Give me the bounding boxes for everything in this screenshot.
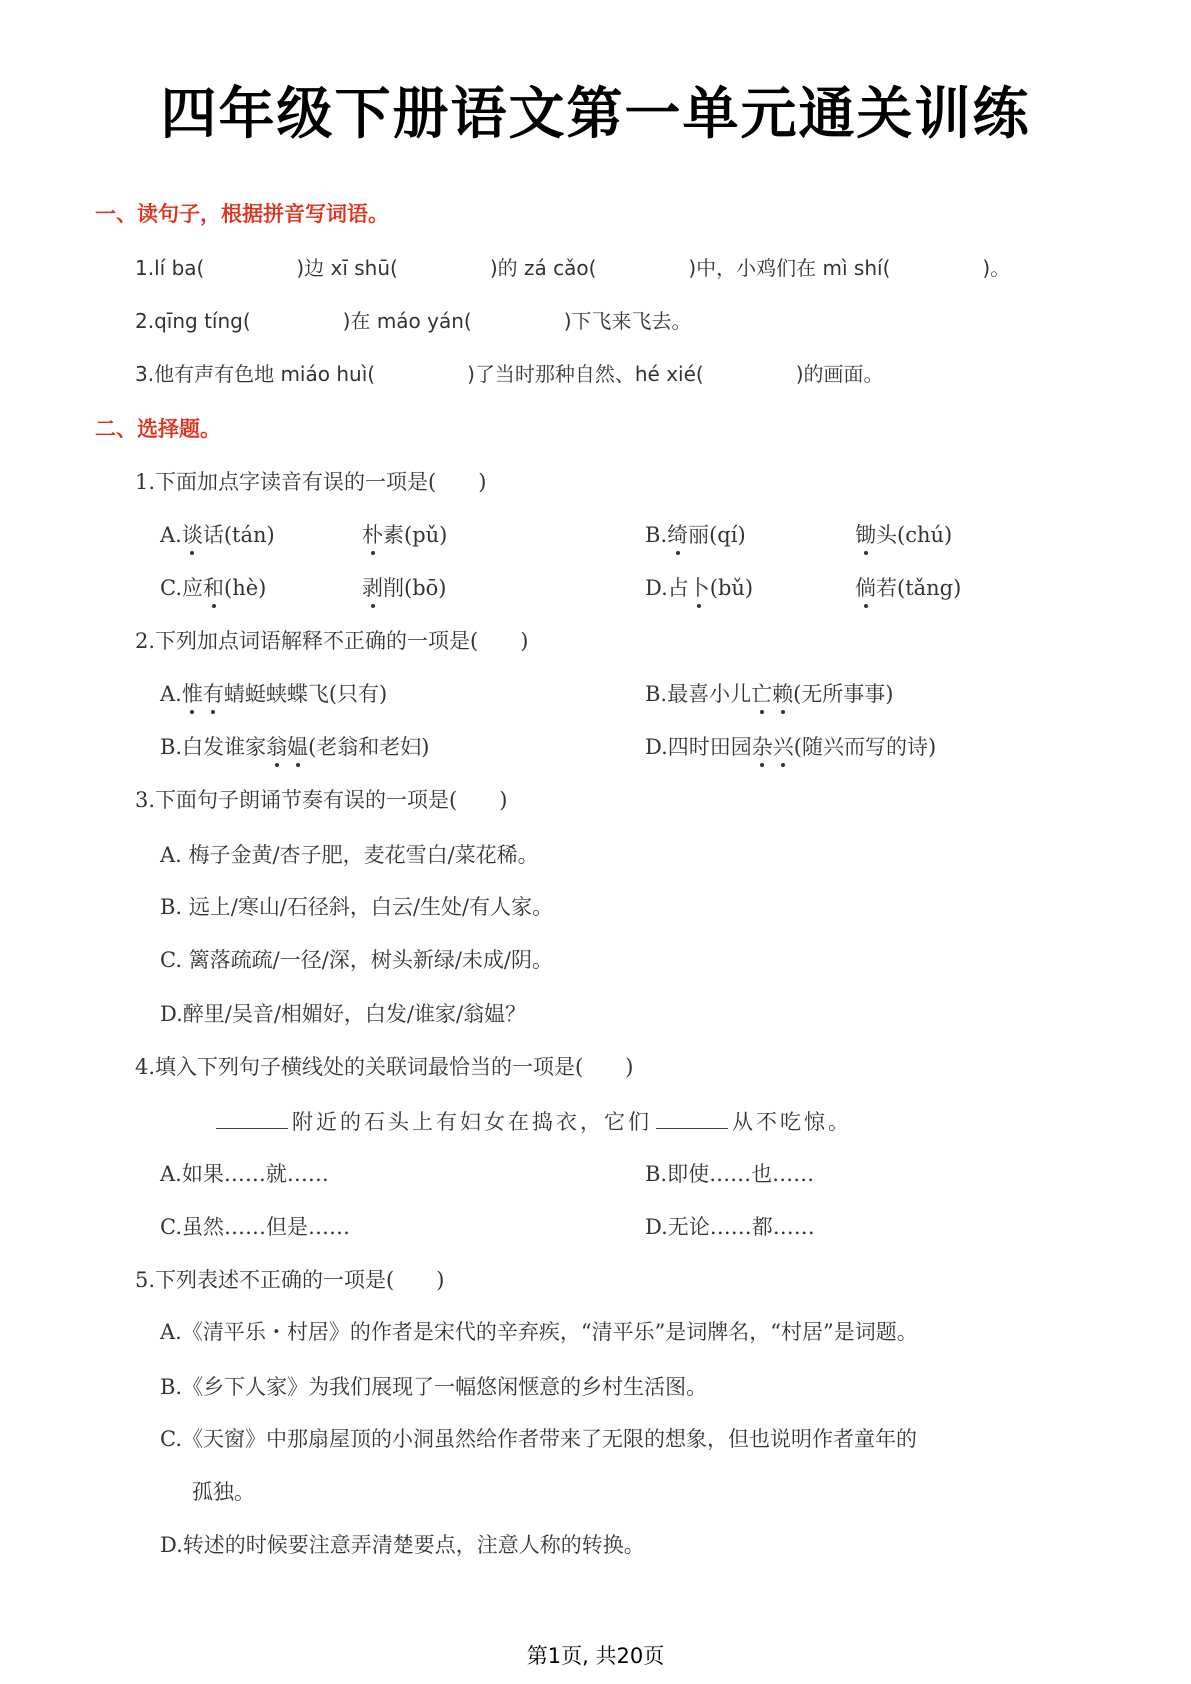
q2-option-c: B.白发谁家翁媪(老翁和老妇) (160, 731, 430, 761)
q5-option-a: A.《清平乐・村居》的作者是宋代的辛弃疾，“清平乐”是词牌名，“村居”是词题。 (160, 1316, 918, 1346)
option-label: B. (160, 735, 182, 759)
dotted-char: 绮 (667, 523, 688, 547)
q4-option-c: C.虽然……但是…… (160, 1211, 350, 1241)
q3-option-c: C. 篱落疏疏/一径/深，树头新绿/未成/阴。 (160, 944, 553, 974)
dotted-char: 朴 (362, 523, 383, 547)
option-text: (老翁和老妇) (308, 735, 429, 759)
dotted-char: 惟 (182, 682, 203, 706)
q4-sentence: 附近的石头上有妇女在捣衣，它们从不吃惊。 (212, 1106, 852, 1136)
dotted-char: 锄 (855, 523, 876, 547)
text-part: 他有声有色地 miáo huì( (154, 362, 375, 386)
s1-item-3: 3.他有声有色地 miáo huì()了当时那种自然、hé xié()的画面。 (135, 358, 884, 387)
dotted-char: 翁 (266, 735, 287, 759)
option-label: D. (645, 576, 668, 600)
dotted-char: 杂 (752, 735, 773, 759)
option-text: 丽(qí) (688, 523, 746, 547)
fill-blank-2 (656, 1110, 728, 1129)
option-text: (随兴而写的诗) (794, 735, 936, 759)
dotted-char: 兴 (773, 735, 794, 759)
option-text: 蜻蜓蛱蝶飞(只有) (224, 682, 387, 706)
text-part: )下飞来飞去。 (564, 309, 692, 333)
q1-option-c: C.应和(hè) (160, 572, 266, 602)
q2-stem: 2.下列加点词语解释不正确的一项是( ) (135, 625, 528, 655)
option-label: B. (645, 523, 667, 547)
text-part: )在 máo yán( (343, 309, 472, 333)
q5-option-c-cont: 孤独。 (192, 1476, 255, 1506)
text-part: lí ba( (154, 256, 204, 280)
option-text: 头(chú) (876, 523, 952, 547)
option-text: (hè) (224, 576, 266, 600)
option-text: 若(tǎng) (876, 576, 961, 600)
option-text: 四时田园 (668, 735, 752, 759)
option-text: 最喜小儿 (667, 682, 751, 706)
s1-item-2: 2.qīng tíng()在 máo yán()下飞来飞去。 (135, 305, 692, 334)
dotted-char: 倘 (855, 576, 876, 600)
text-part: )的 zá cǎo( (490, 256, 597, 280)
section-1-heading: 一、读句子，根据拼音写词语。 (95, 198, 389, 228)
q1-option-b-2: 锄头(chú) (855, 519, 952, 549)
option-label: B. (645, 682, 667, 706)
page-footer: 第1页, 共20页 (0, 1640, 1191, 1670)
option-text: 应 (182, 576, 203, 600)
dotted-char: 媪 (287, 735, 308, 759)
dotted-char: 亡 (751, 682, 772, 706)
item-number: 2. (135, 309, 154, 333)
q5-option-c: C.《天窗》中那扇屋顶的小洞虽然给作者带来了无限的想象，但也说明作者童年的 (160, 1423, 917, 1453)
q2-option-d: D.四时田园杂兴(随兴而写的诗) (645, 731, 936, 761)
dotted-char: 卜 (689, 576, 710, 600)
option-text: (无所事事) (793, 682, 893, 706)
dotted-char: 和 (203, 576, 224, 600)
q5-stem: 5.下列表述不正确的一项是( ) (135, 1264, 444, 1294)
option-text: (bǔ) (710, 576, 753, 600)
option-text: 话(tán) (203, 523, 275, 547)
item-number: 1. (135, 256, 154, 280)
option-text: 削(bō) (383, 576, 446, 600)
fill-blank-1 (216, 1110, 288, 1129)
q1-option-d: D.占卜(bǔ) (645, 572, 753, 602)
text-part: )。 (982, 256, 1010, 280)
text-part: )了当时那种自然、hé xié( (467, 362, 704, 386)
q1-stem: 1.下面加点字读音有误的一项是( ) (135, 466, 486, 496)
q4-option-d: D.无论……都…… (645, 1211, 815, 1241)
dotted-char: 有 (203, 682, 224, 706)
option-label: C. (160, 576, 182, 600)
option-label: A. (160, 682, 182, 706)
text-part: qīng tíng( (154, 309, 251, 333)
dotted-char: 谈 (182, 523, 203, 547)
q4-stem: 4.填入下列句子横线处的关联词最恰当的一项是( ) (135, 1051, 633, 1081)
q1-option-a: A.谈话(tán) (160, 519, 275, 549)
text-part: )的画面。 (796, 362, 884, 386)
dotted-char: 剥 (362, 576, 383, 600)
q1-option-c-2: 剥削(bō) (362, 572, 446, 602)
q3-option-b: B. 远上/寒山/石径斜，白云/生处/有人家。 (160, 891, 553, 921)
section-2-heading: 二、选择题。 (95, 413, 221, 443)
q1-option-d-2: 倘若(tǎng) (855, 572, 961, 602)
option-text: 素(pǔ) (383, 523, 447, 547)
text-part: )中，小鸡们在 mì shí( (688, 256, 890, 280)
text-part: )边 xī shū( (296, 256, 397, 280)
dotted-char: 赖 (772, 682, 793, 706)
option-label: A. (160, 523, 182, 547)
q3-option-a: A. 梅子金黄/杏子肥，麦花雪白/菜花稀。 (160, 839, 539, 869)
option-text: 白发谁家 (182, 735, 266, 759)
page-title: 四年级下册语文第一单元通关训练 (0, 70, 1191, 150)
q1-option-b: B.绮丽(qí) (645, 519, 746, 549)
q1-option-a-2: 朴素(pǔ) (362, 519, 447, 549)
sentence-text: 附近的石头上有妇女在捣衣，它们 (292, 1110, 652, 1134)
sentence-text: 从不吃惊。 (732, 1110, 852, 1134)
q3-option-d: D.醉里/吴音/相媚好，白发/谁家/翁媪？ (160, 998, 526, 1028)
q4-option-b: B.即使……也…… (645, 1158, 814, 1188)
q2-option-b: B.最喜小儿亡赖(无所事事) (645, 678, 894, 708)
q4-option-a: A.如果……就…… (160, 1158, 329, 1188)
q5-option-d: D.转述的时候要注意弄清楚要点，注意人称的转换。 (160, 1529, 645, 1559)
q2-option-a: A.惟有蜻蜓蛱蝶飞(只有) (160, 678, 387, 708)
q3-stem: 3.下面句子朗诵节奏有误的一项是( ) (135, 784, 507, 814)
option-text: 占 (668, 576, 689, 600)
option-label: D. (645, 735, 668, 759)
q5-option-b: B.《乡下人家》为我们展现了一幅悠闲惬意的乡村生活图。 (160, 1371, 707, 1401)
s1-item-1: 1.lí ba()边 xī shū()的 zá cǎo()中，小鸡们在 mì s… (135, 252, 1010, 281)
item-number: 3. (135, 362, 154, 386)
